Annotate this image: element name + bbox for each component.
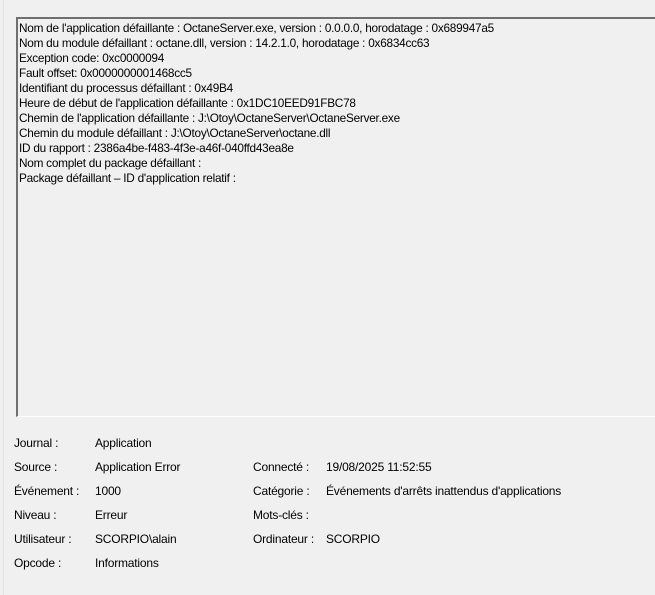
property-label: Mots-clés : [253,505,309,525]
property-value[interactable]: 19/08/2025 11:52:55 [326,457,431,477]
description-line: Package défaillant – ID d'application re… [19,171,655,186]
property-label: Source : [14,457,57,477]
description-line: Exception code: 0xc0000094 [19,51,655,66]
panel-edge-divider [3,0,4,595]
property-value[interactable]: SCORPIO [326,529,380,549]
property-value[interactable]: SCORPIO\alain [95,529,176,549]
property-value[interactable]: Erreur [95,505,127,525]
property-value[interactable]: 1000 [95,481,121,501]
property-label: Événement : [14,481,79,501]
description-line: Chemin de l'application défaillante : J:… [19,111,655,126]
property-value[interactable]: Application [95,433,152,453]
property-value[interactable]: Application Error [95,457,180,477]
description-line: Heure de début de l'application défailla… [19,96,655,111]
description-line: Nom de l'application défaillante : Octan… [19,21,655,36]
description-line: Fault offset: 0x0000000001468cc5 [19,66,655,81]
property-label: Ordinateur : [253,529,314,549]
property-label: Opcode : [14,553,61,573]
event-properties-panel: Nom de l'application défaillante : Octan… [0,0,655,595]
property-label: Journal : [14,433,58,453]
property-label: Niveau : [14,505,56,525]
description-line: Nom complet du package défaillant : [19,156,655,171]
description-line: Nom du module défaillant : octane.dll, v… [19,36,655,51]
description-line: ID du rapport : 2386a4be-f483-4f3e-a46f-… [19,141,655,156]
property-value[interactable]: Informations [95,553,159,573]
property-label: Connecté : [253,457,309,477]
description-line: Identifiant du processus défaillant : 0x… [19,81,655,96]
description-line: Chemin du module défaillant : J:\Otoy\Oc… [19,126,655,141]
event-description-textbox[interactable]: Nom de l'application défaillante : Octan… [16,17,655,417]
property-label: Catégorie : [253,481,310,501]
property-value[interactable]: Événements d'arrêts inattendus d'applica… [326,481,561,501]
property-label: Utilisateur : [14,529,71,549]
